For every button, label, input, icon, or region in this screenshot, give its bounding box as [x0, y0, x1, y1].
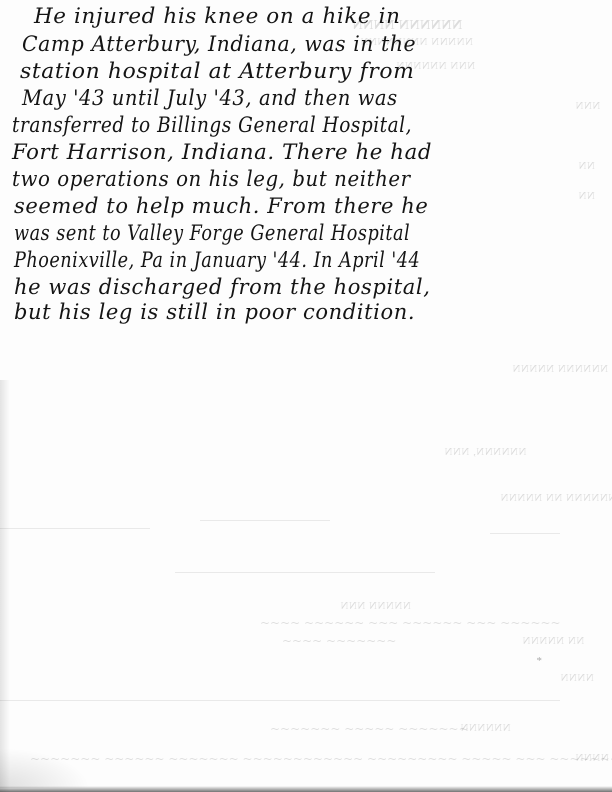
bleed-through-scrawl: ~~~~~~~ ~~~~~~ ~~~~~~~ ~~~~~~~~~~~~ ~~~~… [30, 752, 612, 766]
scan-edge-shadow [0, 380, 10, 792]
bleed-through-mark: NNNNNN, NNN [444, 446, 527, 458]
bleed-through-mark: NNNN [575, 752, 609, 764]
handwritten-line: Fort Harrison, Indiana. There he had [12, 142, 432, 163]
bleed-through-mark: NNNNNN [460, 722, 511, 734]
bleed-through-rule [175, 572, 435, 573]
bleed-through-rule [0, 700, 560, 701]
handwritten-line: He injured his knee on a hike in [34, 6, 400, 27]
bleed-through-mark: NNNNN NNN [340, 600, 411, 612]
scan-bottom-edge [0, 786, 612, 792]
bleed-through-rule [200, 520, 330, 521]
bleed-through-scrawl: ~~~~ ~~~~~~~ [282, 634, 396, 648]
handwritten-line: Camp Atterbury, Indiana, was in the [22, 34, 416, 55]
bleed-through-mark: NN [578, 190, 595, 202]
handwritten-line: transferred to Billings General Hospital… [12, 115, 412, 136]
handwritten-line: seemed to help much. From there he [14, 196, 428, 217]
bleed-through-rule [0, 528, 150, 529]
bleed-through-mark: NN NNNNN [522, 635, 584, 647]
bleed-through-mark: NNN [575, 100, 600, 112]
bleed-through-mark: NNNNNN NN NNNNN [500, 492, 612, 504]
handwritten-line: station hospital at Atterbury from [20, 61, 414, 82]
handwritten-line: May '43 until July '43, and then was [22, 88, 398, 109]
scanned-page: NNNNNN NNNN NNNNN NNNNNNNN NNN NNNNNN NN… [0, 0, 612, 792]
bleed-through-mark: * [536, 655, 542, 667]
handwritten-line: Phoenixville, Pa in January '44. In Apri… [14, 250, 420, 271]
bleed-through-mark: NNNN [560, 672, 594, 684]
bleed-through-mark: NN [578, 160, 595, 172]
bleed-through-scrawl: ~~~~ ~~~~~~ ~~~ ~~~~~~ ~~~ ~~~~~~ [260, 616, 561, 630]
bleed-through-mark: NNNNNN NNNNN [512, 363, 608, 375]
handwritten-line: was sent to Valley Forge General Hospita… [14, 223, 410, 244]
handwritten-line: he was discharged from the hospital, [14, 277, 431, 298]
bleed-through-rule [490, 533, 560, 534]
handwritten-line: two operations on his leg, but neither [12, 169, 411, 190]
bleed-through-scrawl: ~~~~~~~ ~~~~~ ~~~~~~~ [270, 722, 469, 736]
handwritten-line: but his leg is still in poor condition. [14, 302, 415, 323]
scan-corner-shadow [0, 748, 90, 788]
